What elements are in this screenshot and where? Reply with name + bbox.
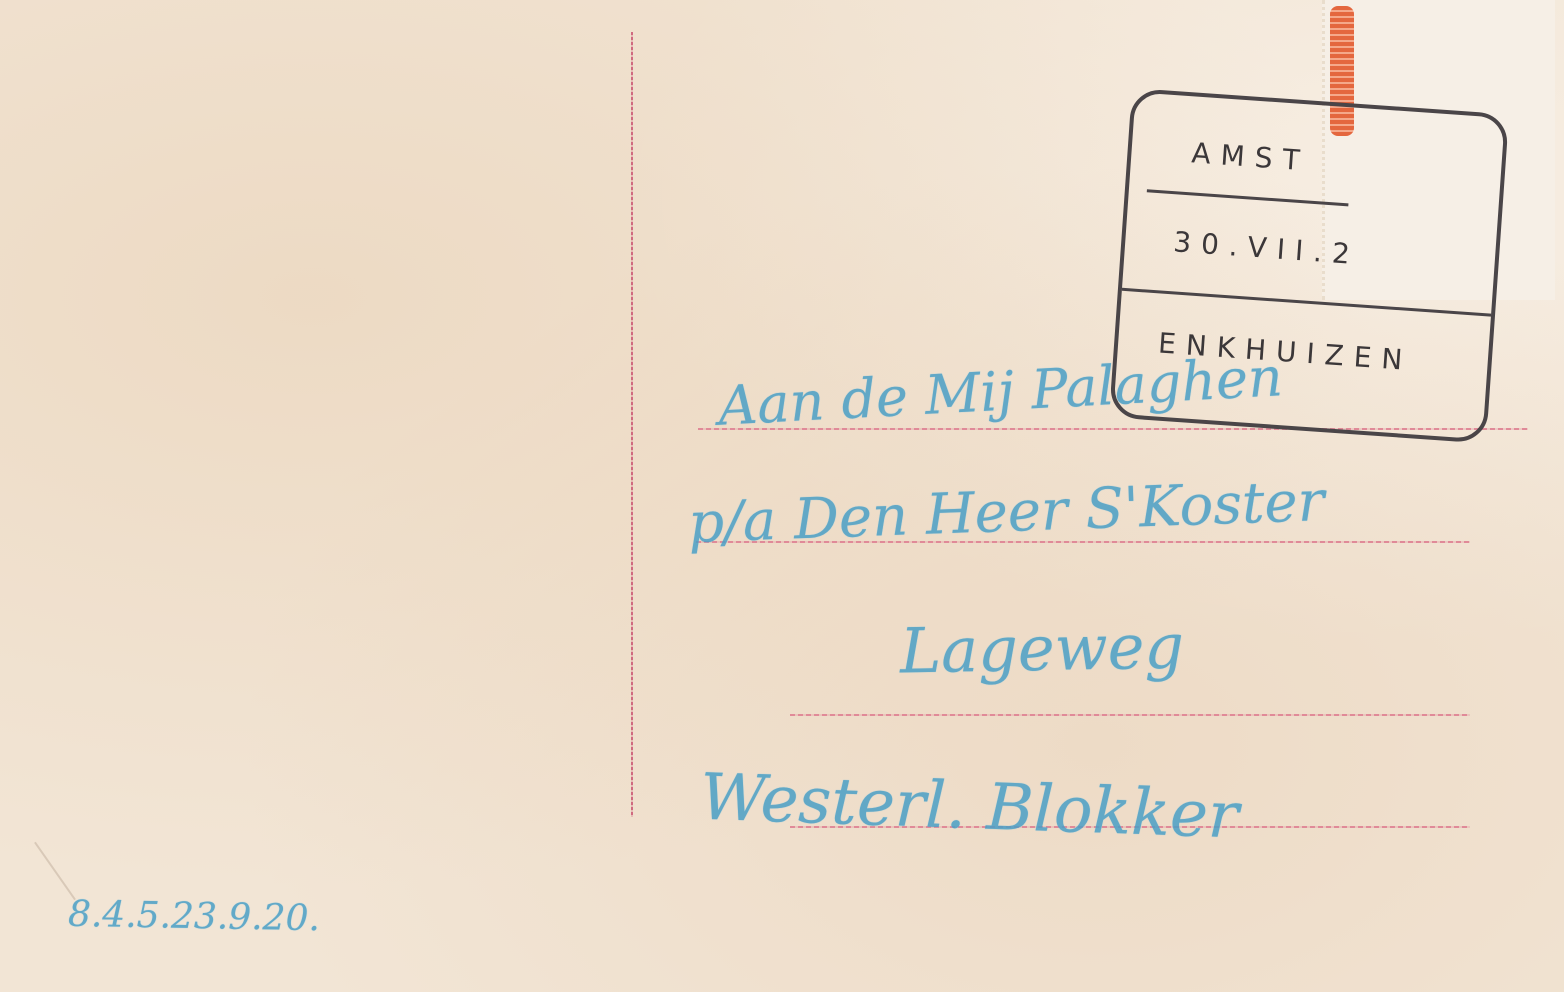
postmark-date: 30.VII.2 <box>1172 225 1361 271</box>
postmark-separator <box>1122 288 1491 317</box>
address-line-3: Lageweg <box>899 610 1184 688</box>
postcard-back: AMST 30.VII.2 ENKHUIZEN Aan de Mij Palag… <box>0 0 1564 992</box>
address-rule-3 <box>790 714 1470 716</box>
center-divider-line <box>631 32 633 817</box>
address-line-2: p/a Den Heer S'Koster <box>687 469 1325 556</box>
margin-note: 8.4.5.23.9.20. <box>68 894 321 939</box>
address-line-4: Westerl. Blokker <box>699 761 1240 854</box>
corner-crease <box>34 842 76 900</box>
address-line-1: Aan de Mij Palaghen <box>717 345 1284 437</box>
postmark-origin: AMST <box>1190 136 1310 177</box>
postmark-separator <box>1147 189 1349 206</box>
